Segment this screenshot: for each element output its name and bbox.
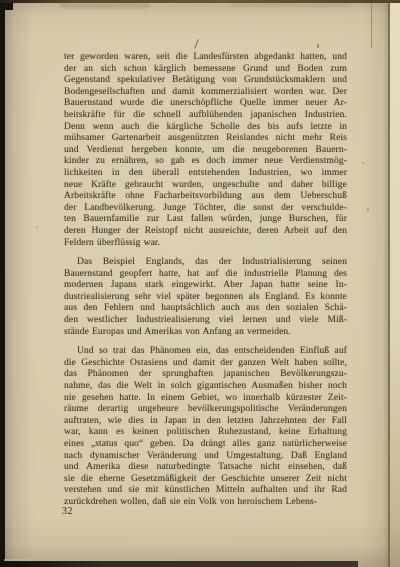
text-line: Bauernstand geopfert hatte, hat auf die …	[64, 269, 347, 281]
text-line: stände Europas und Amerikas von Anfang a…	[64, 327, 347, 339]
scan-edge-left	[0, 0, 5, 567]
paragraph: Das Beispiel Englands, das der Industria…	[64, 257, 347, 338]
text-line: neue Kräfte gebraucht wurden, ungeschult…	[64, 180, 347, 192]
text-line: der Landbevölkerung. Junge Töchter, die …	[64, 203, 347, 215]
text-line: die Geschichte Ostasiens und damit der g…	[64, 358, 347, 370]
text-line: Gegenstand spekulativer Betätigung von G…	[64, 75, 347, 87]
paragraph: Und so trat das Phänomen ein, das entsch…	[64, 346, 347, 508]
text-line: sie die eherne Gesetzmäßigkeit der Gesch…	[64, 474, 347, 486]
text-line: dustriealisierung sehr viel später begon…	[64, 292, 347, 304]
paper-speck	[36, 226, 38, 228]
text-line: das Phänomen der sprunghaften japanische…	[64, 369, 347, 381]
scan-edge-bottom	[0, 561, 358, 567]
text-line: und Verdienst hergeben konnte, um die ne…	[64, 145, 347, 157]
text-line: war, kann es keinen politischen Ruhezust…	[64, 427, 347, 439]
paper-speck	[367, 208, 369, 211]
scan-smudge	[230, 3, 350, 7]
text-line: beitskräfte für die schnell aufblühenden…	[64, 110, 347, 122]
text-line: Denn wenn auch die kärgliche Scholle des…	[64, 122, 347, 134]
text-line: eines „status quo“ geben. Da drängt alle…	[64, 439, 347, 451]
underlying-page-strip	[390, 0, 400, 567]
text-block: ter geworden waren, seit die Landesfürst…	[64, 52, 347, 509]
text-line: verstehen und sie mit künstlichen Mittel…	[64, 485, 347, 497]
text-line: Bauernstand wurde die unerschöpfliche Qu…	[64, 98, 347, 110]
scanned-book-page: ter geworden waren, seit die Landesfürst…	[0, 0, 400, 567]
text-line: ter geworden waren, seit die Landesfürst…	[64, 52, 347, 64]
text-line: kinder zu ernähren, so gab es doch immer…	[64, 156, 347, 168]
text-line: den westlicher Industriealisierung viel …	[64, 315, 347, 327]
scan-smudge	[60, 3, 150, 8]
text-line: Das Beispiel Englands, das der Industria…	[64, 257, 347, 269]
text-line: zurückdrehen wollen, daß sie ein Volk vo…	[64, 497, 347, 509]
text-line: deren Hunger der Reistopf nicht ausreich…	[64, 226, 347, 238]
text-line: mühsamer Gartenarbeit ausgenützten Reisl…	[64, 133, 347, 145]
text-line: modernen Japans stark eingewirkt. Aber J…	[64, 280, 347, 292]
text-line: Und so trat das Phänomen ein, das entsch…	[64, 346, 347, 358]
text-line: aus den Fehlern und hauptsächlich auch a…	[64, 303, 347, 315]
text-line: Feldern überflüssig war.	[64, 238, 347, 250]
page-number: 32	[62, 506, 73, 517]
text-line: nahme, das die Welt in solch gigantische…	[64, 381, 347, 393]
paper-speck	[362, 162, 364, 164]
paragraph: ter geworden waren, seit die Landesfürst…	[64, 52, 347, 249]
text-line: nie gesehen hatte. In einem Gebiet, wo i…	[64, 393, 347, 405]
text-line: ten Bauernfamilie zur Last fallen würden…	[64, 214, 347, 226]
text-line: Arbeitskräfte ohne Facharbeitsvorbildung…	[64, 191, 347, 203]
scan-edge-top	[0, 0, 400, 3]
text-line: auftraten, wie dies in Japan in den letz…	[64, 416, 347, 428]
paper-speck	[317, 44, 319, 48]
page-edge-crease-short	[371, 2, 372, 48]
text-line: nach dynamischer Veränderung und Umgesta…	[64, 451, 347, 463]
text-line: und Amerika diese naturbedingte Tatsache…	[64, 462, 347, 474]
text-line: lichkeiten in den überall entstehenden I…	[64, 168, 347, 180]
text-line: Bodengesellschaften und damit kommerzial…	[64, 87, 347, 99]
text-line: räume derartig ungeheure bevölkerungspol…	[64, 404, 347, 416]
text-line: der an sich schon kärglich bemessene Gru…	[64, 64, 347, 76]
